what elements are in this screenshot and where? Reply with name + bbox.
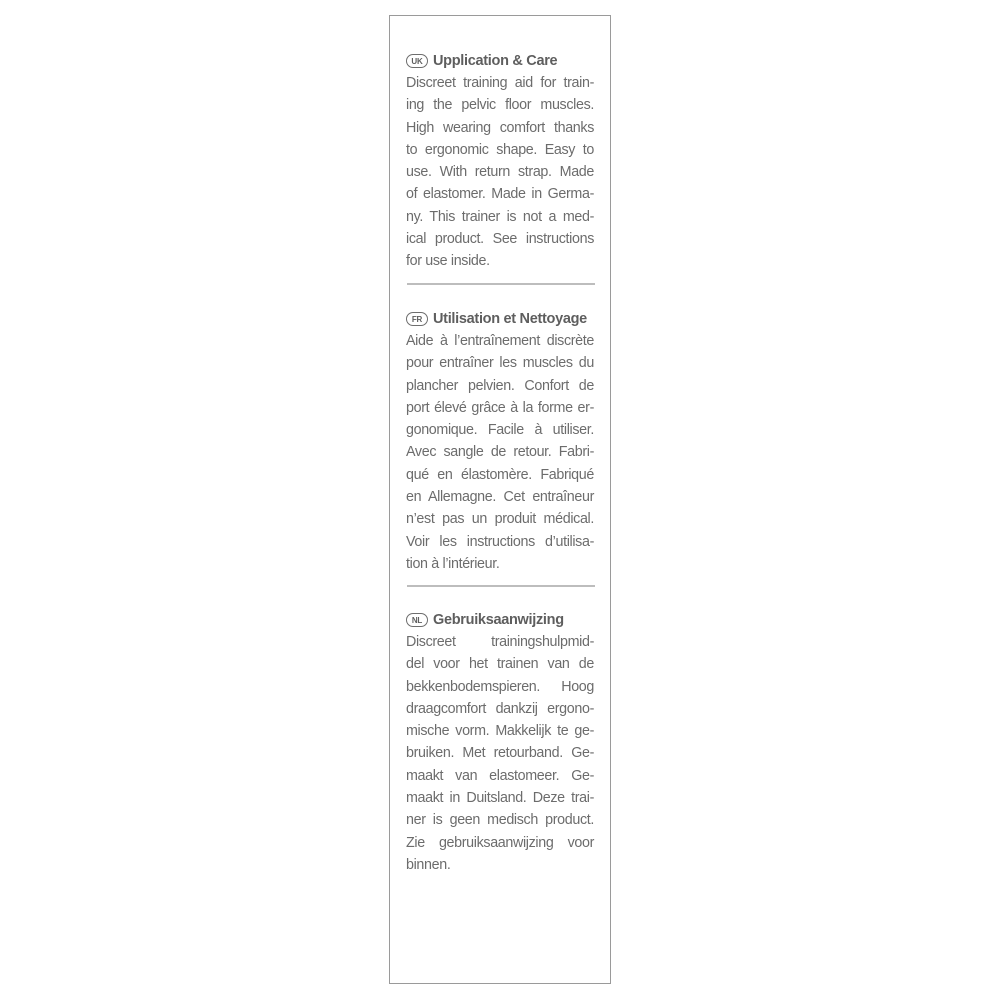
text-line: of elastomer. Made in Germa- <box>406 183 594 205</box>
language-badge-icon: FR <box>406 312 428 326</box>
text-line: Discreet trainingshulpmid- <box>406 631 594 653</box>
text-line: maakt van elastomeer. Ge- <box>406 765 594 787</box>
section-fr: FR Utilisation et Nettoyage Aide à l’ent… <box>406 308 594 575</box>
text-line: port élevé grâce à la forme er- <box>406 397 594 419</box>
text-line: Discreet training aid for train- <box>406 72 594 94</box>
text-line: bekkenbodemspieren. Hoog <box>406 676 594 698</box>
section-uk: UK Upplication & Care Discreet training … <box>406 50 594 273</box>
text-line: n’est pas un produit médical. <box>406 508 594 530</box>
text-line: Avec sangle de retour. Fabri- <box>406 441 594 463</box>
text-line: qué en élastomère. Fabriqué <box>406 464 594 486</box>
section-heading: FR Utilisation et Nettoyage <box>406 308 594 330</box>
section-title: Utilisation et Nettoyage <box>433 311 587 327</box>
text-line: del voor het trainen van de <box>406 653 594 675</box>
section-heading: NL Gebruiksaanwijzing <box>406 609 594 631</box>
text-line: ner is geen medisch product. <box>406 809 594 831</box>
section-divider <box>407 585 595 587</box>
section-heading: UK Upplication & Care <box>406 50 594 72</box>
text-line: ical product. See instructions <box>406 228 594 250</box>
text-line: binnen. <box>406 854 594 876</box>
text-line: ny. This trainer is not a med- <box>406 206 594 228</box>
section-nl: NL Gebruiksaanwijzing Discreet trainings… <box>406 609 594 876</box>
text-line: for use inside. <box>406 250 594 272</box>
text-line: en Allemagne. Cet entraîneur <box>406 486 594 508</box>
text-line: High wearing comfort thanks <box>406 117 594 139</box>
text-line: maakt in Duitsland. Deze trai- <box>406 787 594 809</box>
section-body: Discreet training aid for train- ing the… <box>406 72 594 273</box>
language-badge-icon: UK <box>406 54 428 68</box>
text-line: gonomique. Facile à utiliser. <box>406 419 594 441</box>
section-title: Gebruiksaanwijzing <box>433 612 564 628</box>
section-body: Aide à l’entraînement discrète pour entr… <box>406 330 594 575</box>
text-line: Aide à l’entraînement discrète <box>406 330 594 352</box>
text-line: to ergonomic shape. Easy to <box>406 139 594 161</box>
text-line: use. With return strap. Made <box>406 161 594 183</box>
language-badge-icon: NL <box>406 613 428 627</box>
text-line: bruiken. Met retourband. Ge- <box>406 742 594 764</box>
text-line: mische vorm. Makkelijk te ge- <box>406 720 594 742</box>
text-line: Voir les instructions d’utilisa- <box>406 531 594 553</box>
section-title: Upplication & Care <box>433 53 557 69</box>
section-divider <box>407 283 595 285</box>
text-line: pour entraîner les muscles du <box>406 352 594 374</box>
label-panel: UK Upplication & Care Discreet training … <box>389 15 611 984</box>
page: UK Upplication & Care Discreet training … <box>0 0 1000 1000</box>
text-line: plancher pelvien. Confort de <box>406 375 594 397</box>
text-line: tion à l’intérieur. <box>406 553 594 575</box>
section-body: Discreet trainingshulpmid- del voor het … <box>406 631 594 876</box>
text-line: Zie gebruiksaanwijzing voor <box>406 832 594 854</box>
text-line: draagcomfort dankzij ergono- <box>406 698 594 720</box>
text-line: ing the pelvic floor muscles. <box>406 94 594 116</box>
